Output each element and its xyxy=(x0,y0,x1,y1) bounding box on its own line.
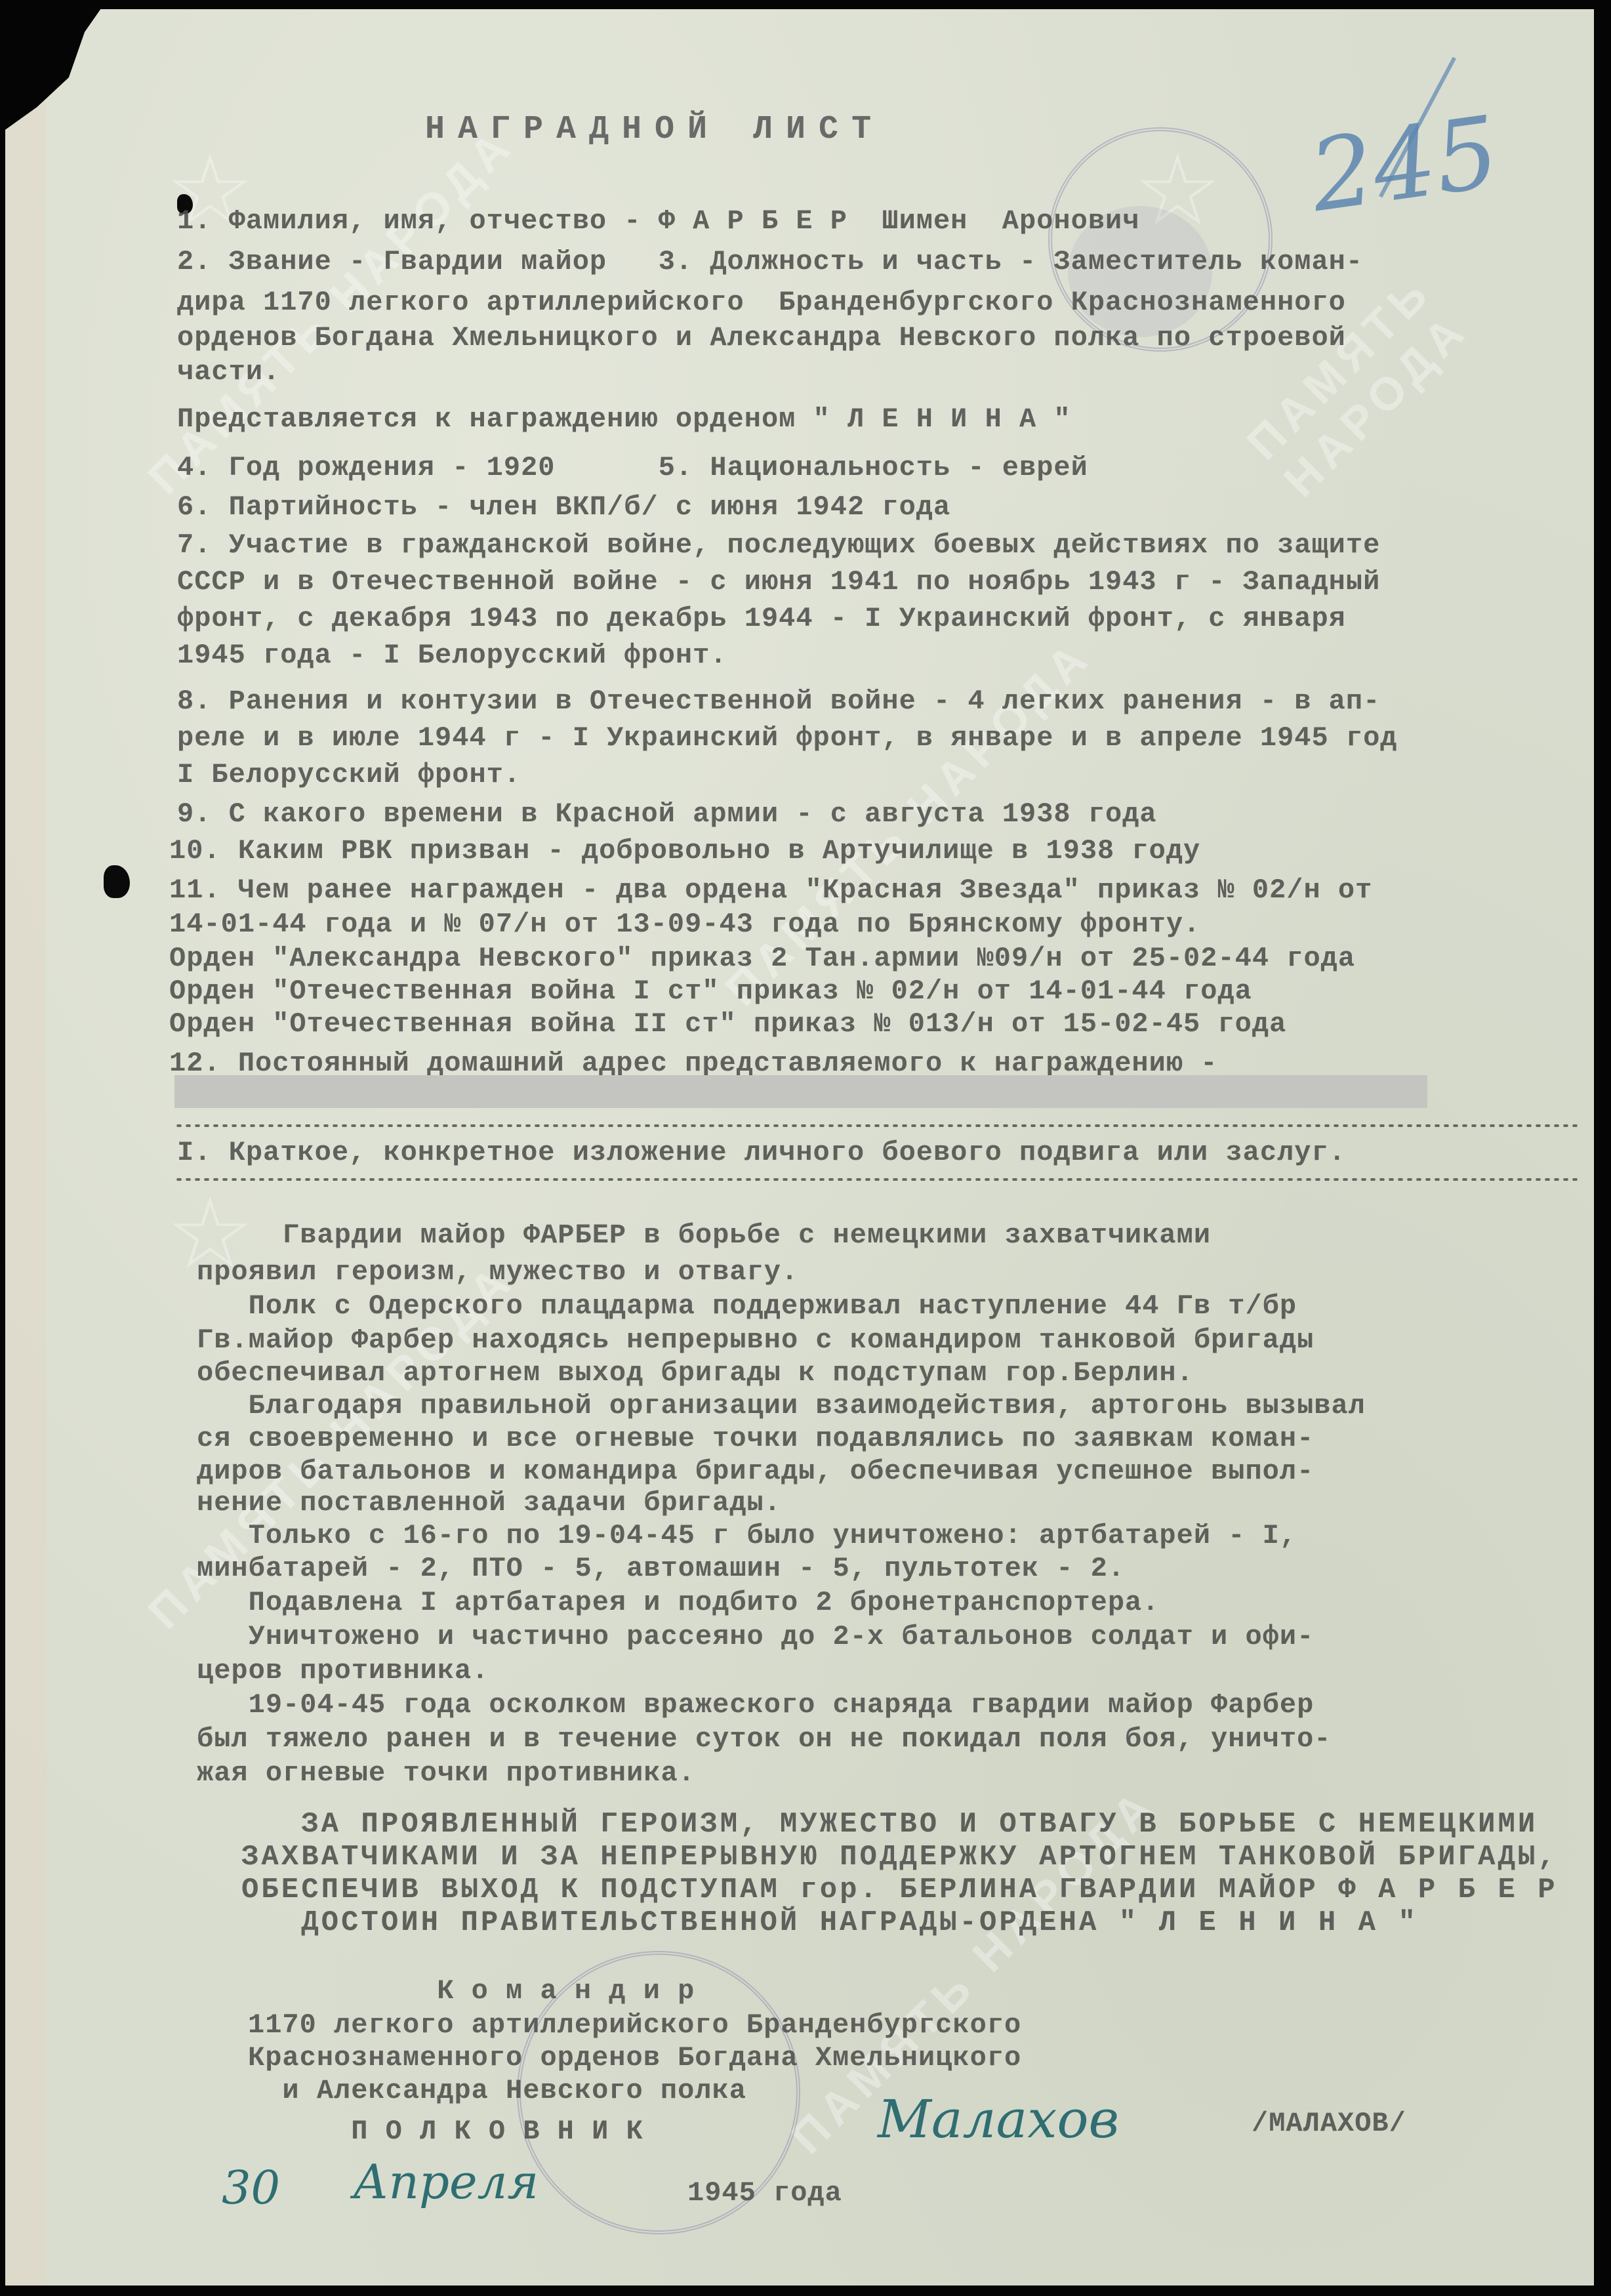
regiment-name: 1170 легкого артиллерийского Бранденбург… xyxy=(248,2007,1021,2043)
award-patriotic-war-1: Орден "Отечественная война I ст" приказ … xyxy=(169,974,1252,1009)
punch-hole xyxy=(104,865,130,898)
field-unit: дира 1170 легкого артиллерийского Бранде… xyxy=(177,285,1346,320)
narrative-line: обеспечивал артогнем выход бригады к под… xyxy=(197,1355,1194,1391)
narrative-line: проявил героизм, мужество и отвагу. xyxy=(197,1254,798,1290)
date-day: 30 xyxy=(222,2161,280,2215)
narrative-line: Благодаря правильной организации взаимод… xyxy=(197,1388,1366,1424)
field-previous-awards: 11. Чем ранее награжден - два ордена "Кр… xyxy=(169,872,1372,908)
conclusion-line: ОБЕСПЕЧИВ ВЫХОД К ПОДСТУПАМ гор. БЕРЛИНА… xyxy=(241,1872,1558,1908)
conclusion-line: ЗА ПРОЯВЛЕННЫЙ ГЕРОИЗМ, МУЖЕСТВО И ОТВАГ… xyxy=(241,1807,1538,1842)
field-unit-end: части. xyxy=(177,354,280,390)
field-war-participation: 7. Участие в гражданской войне, последую… xyxy=(177,527,1380,563)
narrative-line: Гв.майор Фарбер находясь непрерывно с ко… xyxy=(197,1322,1314,1358)
narrative-line: нение поставленной задачи бригады. xyxy=(197,1485,781,1521)
field-previous-awards-2: 14-01-44 года и № 07/н от 13-09-43 года … xyxy=(169,907,1200,942)
conclusion-line: ЗАХВАТЧИКАМИ И ЗА НЕПРЕРЫВНУЮ ПОДДЕРЖКУ … xyxy=(241,1839,1558,1875)
narrative-line: минбатарей - 2, ПТО - 5, автомашин - 5, … xyxy=(197,1551,1125,1586)
field-unit-cont: орденов Богдана Хмельницкого и Александр… xyxy=(177,320,1346,356)
field-service-since: 9. С какого времени в Красной армии - с … xyxy=(177,796,1157,832)
award-sheet-page: ☆ ☆ ☆ ПАМЯТЬ НАРОДА ПАМЯТЬ НАРОДА ПАМЯТЬ… xyxy=(5,9,1594,2286)
narrative-line: Уничтожено и частично рассеяно до 2-х ба… xyxy=(197,1619,1314,1654)
redacted-address xyxy=(174,1075,1427,1108)
paper-edge xyxy=(5,9,46,2286)
date-month: Апреля xyxy=(353,2154,539,2209)
section-heading: I. Краткое, конкретное изложение личного… xyxy=(177,1135,1346,1170)
field-wounds-2: реле и в июле 1944 г - I Украинский фрон… xyxy=(177,720,1398,756)
narrative-line: Подавлена I артбатарея и подбито 2 броне… xyxy=(197,1585,1159,1620)
field-conscription: 10. Каким РВК призван - добровольно в Ар… xyxy=(169,833,1200,869)
narrative-line: диров батальонов и командира бригады, об… xyxy=(197,1454,1314,1489)
commander-rank: П О Л К О В Н И К xyxy=(248,2114,643,2149)
field-rank-position: 2. Звание - Гвардии майор 3. Должность и… xyxy=(177,244,1363,279)
signatory-name: /МАЛАХОВ/ xyxy=(1252,2106,1406,2141)
narrative-line: Полк с Одерского плацдарма поддерживал н… xyxy=(197,1288,1297,1324)
narrative-line: был тяжело ранен и в течение суток он не… xyxy=(197,1721,1331,1757)
field-birth-nationality: 4. Год рождения - 1920 5. Национальность… xyxy=(177,450,1088,485)
conclusion-line: ДОСТОИН ПРАВИТЕЛЬСТВЕННОЙ НАГРАДЫ-ОРДЕНА… xyxy=(241,1905,1418,1940)
field-war-participation-4: 1945 года - I Белорусский фронт. xyxy=(177,638,727,673)
award-patriotic-war-2: Орден "Отечественная война II ст" приказ… xyxy=(169,1006,1286,1042)
dotted-divider xyxy=(174,1124,1578,1127)
narrative-line: жая огневые точки противника. xyxy=(197,1755,695,1791)
narrative-line: Только с 16-го по 19-04-45 г было уничто… xyxy=(197,1518,1297,1553)
field-wounds: 8. Ранения и контузии в Отечественной во… xyxy=(177,684,1380,719)
field-war-participation-2: СССР и в Отечественной войне - с июня 19… xyxy=(177,564,1380,600)
narrative-line: Гвардии майор ФАРБЕР в борьбе с немецким… xyxy=(197,1218,1211,1253)
field-party: 6. Партийность - член ВКП/б/ с июня 1942… xyxy=(177,489,950,525)
field-war-participation-3: фронт, с декабря 1943 по декабрь 1944 - … xyxy=(177,601,1346,636)
commander-title: К о м а н д и р xyxy=(248,1973,695,2009)
field-wounds-3: I Белорусский фронт. xyxy=(177,757,521,792)
narrative-line: 19-04-45 года осколком вражеского снаряд… xyxy=(197,1687,1314,1723)
nomination-line: Представляется к награждению орденом " Л… xyxy=(177,401,1071,437)
regiment-name-2: Краснознаменного орденов Богдана Хмельни… xyxy=(248,2040,1021,2076)
narrative-line: ся своевременно и все огневые точки пода… xyxy=(197,1421,1314,1456)
document-title: НАГРАДНОЙ ЛИСТ xyxy=(425,111,884,148)
regiment-name-3: и Александра Невского полка xyxy=(248,2073,746,2108)
field-full-name: 1. Фамилия, имя, отчество - Ф А Р Б Е Р … xyxy=(177,203,1139,239)
dotted-divider xyxy=(174,1178,1578,1181)
narrative-line: церов противника. xyxy=(197,1653,489,1689)
handwritten-signature: Малахов xyxy=(878,2089,1119,2150)
date-year: 1945 года xyxy=(687,2175,842,2211)
award-nevsky: Орден "Александра Невского" приказ 2 Тан… xyxy=(169,941,1355,976)
